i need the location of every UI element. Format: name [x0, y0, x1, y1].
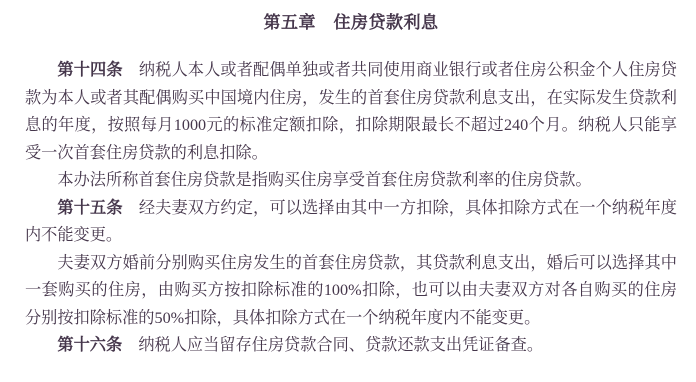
paragraph-first-loan-definition: 本办法所称首套住房贷款是指购买住房享受首套住房贷款利率的住房贷款。 — [25, 167, 677, 195]
article-16-text: 纳税人应当留存住房贷款合同、贷款还款支出凭证备查。 — [138, 336, 543, 354]
pre-marriage-loans-text: 夫妻双方婚前分别购买住房发生的首套住房贷款，其贷款利息支出，婚后可以选择其中一套… — [25, 254, 677, 327]
chapter-title: 第五章 住房贷款利息 — [25, 9, 677, 37]
paragraph-article-16: 第十六条纳税人应当留存住房贷款合同、贷款还款支出凭证备查。 — [25, 332, 677, 360]
paragraph-article-15: 第十五条经夫妻双方约定，可以选择由其中一方扣除，具体扣除方式在一个纳税年度内不能… — [25, 195, 677, 250]
article-16-number: 第十六条 — [57, 336, 122, 354]
document-page: 第五章 住房贷款利息 第十四条纳税人本人或者配偶单独或者共同使用商业银行或者住房… — [0, 0, 696, 382]
paragraph-pre-marriage-loans: 夫妻双方婚前分别购买住房发生的首套住房贷款，其贷款利息支出，婚后可以选择其中一套… — [25, 250, 677, 333]
first-loan-definition-text: 本办法所称首套住房贷款是指购买住房享受首套住房贷款利率的住房贷款。 — [57, 171, 591, 189]
article-14-number: 第十四条 — [57, 61, 122, 79]
paragraph-article-14: 第十四条纳税人本人或者配偶单独或者共同使用商业银行或者住房公积金个人住房贷款为本… — [25, 57, 677, 167]
article-15-number: 第十五条 — [57, 199, 122, 217]
